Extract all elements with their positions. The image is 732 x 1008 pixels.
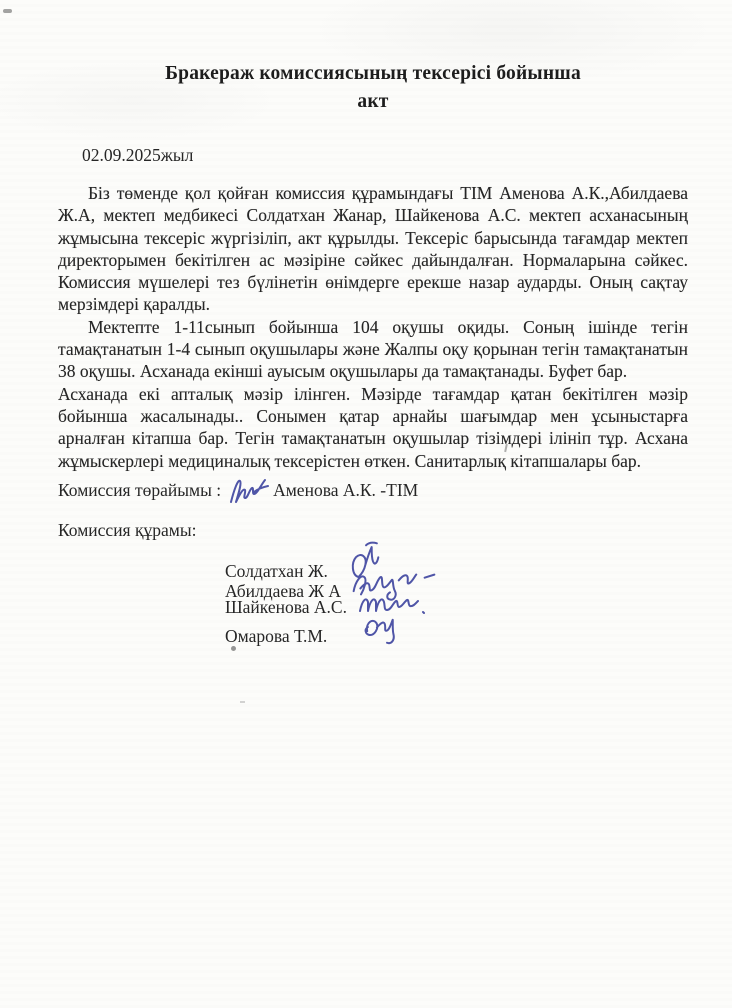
member-row: Солдатхан Ж. xyxy=(225,541,688,563)
paragraph-3: Асханада екі апталық мәзір ілінген. Мәзі… xyxy=(58,383,688,472)
document-date: 02.09.2025жыл xyxy=(82,144,688,166)
member-row: Шайкенова А.С. xyxy=(225,585,688,607)
scan-speck xyxy=(240,701,245,703)
title-line-2: акт xyxy=(58,88,688,116)
member-row: Абилдаева Ж А xyxy=(225,563,688,585)
chairman-line: Комиссия төрайымы : Аменова А.К. -ТІМ xyxy=(58,475,688,505)
scan-speck xyxy=(3,9,12,13)
member-signature-omarova xyxy=(354,606,413,650)
scanned-document-page: Бракераж комиссиясының тексерісі бойынша… xyxy=(0,0,732,1008)
scan-speck xyxy=(231,646,236,651)
title-line-1: Бракераж комиссиясының тексерісі бойынша xyxy=(58,60,688,88)
member-name: Омарова Т.М. xyxy=(225,625,329,647)
paragraph-1: Біз төменде қол қойған комиссия құрамынд… xyxy=(58,182,688,316)
chairman-label: Комиссия төрайымы : xyxy=(58,480,221,500)
paragraph-2: Мектепте 1-11сынып бойынша 104 оқушы оқи… xyxy=(58,316,688,383)
members-heading: Комиссия құрамы: xyxy=(58,519,688,541)
chairman-signature xyxy=(227,475,271,509)
document-title: Бракераж комиссиясының тексерісі бойынша… xyxy=(58,0,688,116)
commission-members-list: Солдатхан Ж. Абилдаева Ж А Шайкенова А.С… xyxy=(225,541,688,630)
member-row: Омарова Т.М. xyxy=(225,608,688,630)
chairman-name: Аменова А.К. -ТІМ xyxy=(273,480,418,500)
